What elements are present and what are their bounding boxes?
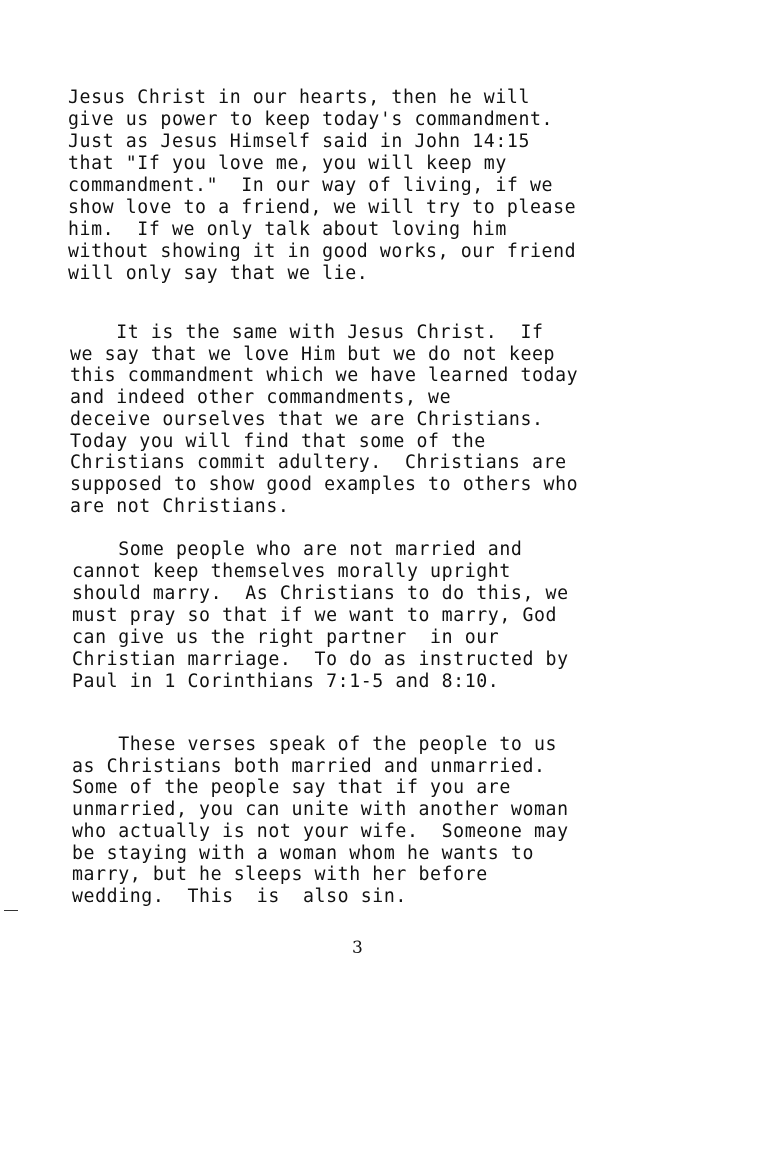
text-line: and indeed other commandments, we <box>70 388 451 408</box>
text-line: him. If we only talk about loving him <box>68 220 507 240</box>
text-line: who actually is not your wife. Someone m… <box>72 822 569 842</box>
text-line: Paul in 1 Corinthians 7:1-5 and 8:10. <box>72 672 499 692</box>
text-line: we say that we love Him but we do not ke… <box>70 345 555 365</box>
text-line: marry, but he sleeps with her before <box>72 865 488 885</box>
text-line: deceive ourselves that we are Christians… <box>70 410 544 430</box>
text-line: this commandment which we have learned t… <box>70 366 578 386</box>
text-line: Jesus Christ in our hearts, then he will <box>68 88 530 108</box>
text-line: must pray so that if we want to marry, G… <box>72 606 557 626</box>
text-line: commandment." In our way of living, if w… <box>68 176 553 196</box>
text-line: give us power to keep today's commandmen… <box>68 110 553 130</box>
document-page: Jesus Christ in our hearts, then he will… <box>0 0 763 1169</box>
text-line: supposed to show good examples to others… <box>70 475 578 495</box>
text-line: unmarried, you can unite with another wo… <box>72 800 569 820</box>
text-line: will only say that we lie. <box>68 264 368 284</box>
text-line: can give us the right partner in our <box>72 628 499 648</box>
text-line: These verses speak of the people to us <box>72 735 557 755</box>
text-line: show love to a friend, we will try to pl… <box>68 198 576 218</box>
text-line: Some of the people say that if you are <box>72 778 511 798</box>
text-line: be staying with a woman whom he wants to <box>72 844 534 864</box>
text-line: Christians commit adultery. Christians a… <box>70 453 567 473</box>
scan-mark <box>4 910 18 911</box>
text-line: Some people who are not married and <box>72 540 522 560</box>
text-line: as Christians both married and unmarried… <box>72 757 546 777</box>
text-line: cannot keep themselves morally upright <box>72 562 511 582</box>
text-line: are not Christians. <box>70 497 289 517</box>
text-line: Today you will find that some of the <box>70 432 486 452</box>
text-line: that "If you love me, you will keep my <box>68 154 507 174</box>
text-line: Christian marriage. To do as instructed … <box>72 650 569 670</box>
text-line: Just as Jesus Himself said in John 14:15 <box>68 132 530 152</box>
text-line: It is the same with Jesus Christ. If <box>70 323 544 343</box>
page-number: 3 <box>352 938 363 958</box>
text-line: should marry. As Christians to do this, … <box>72 584 569 604</box>
text-line: wedding. This is also sin. <box>72 887 407 907</box>
text-line: without showing it in good works, our fr… <box>68 242 576 262</box>
